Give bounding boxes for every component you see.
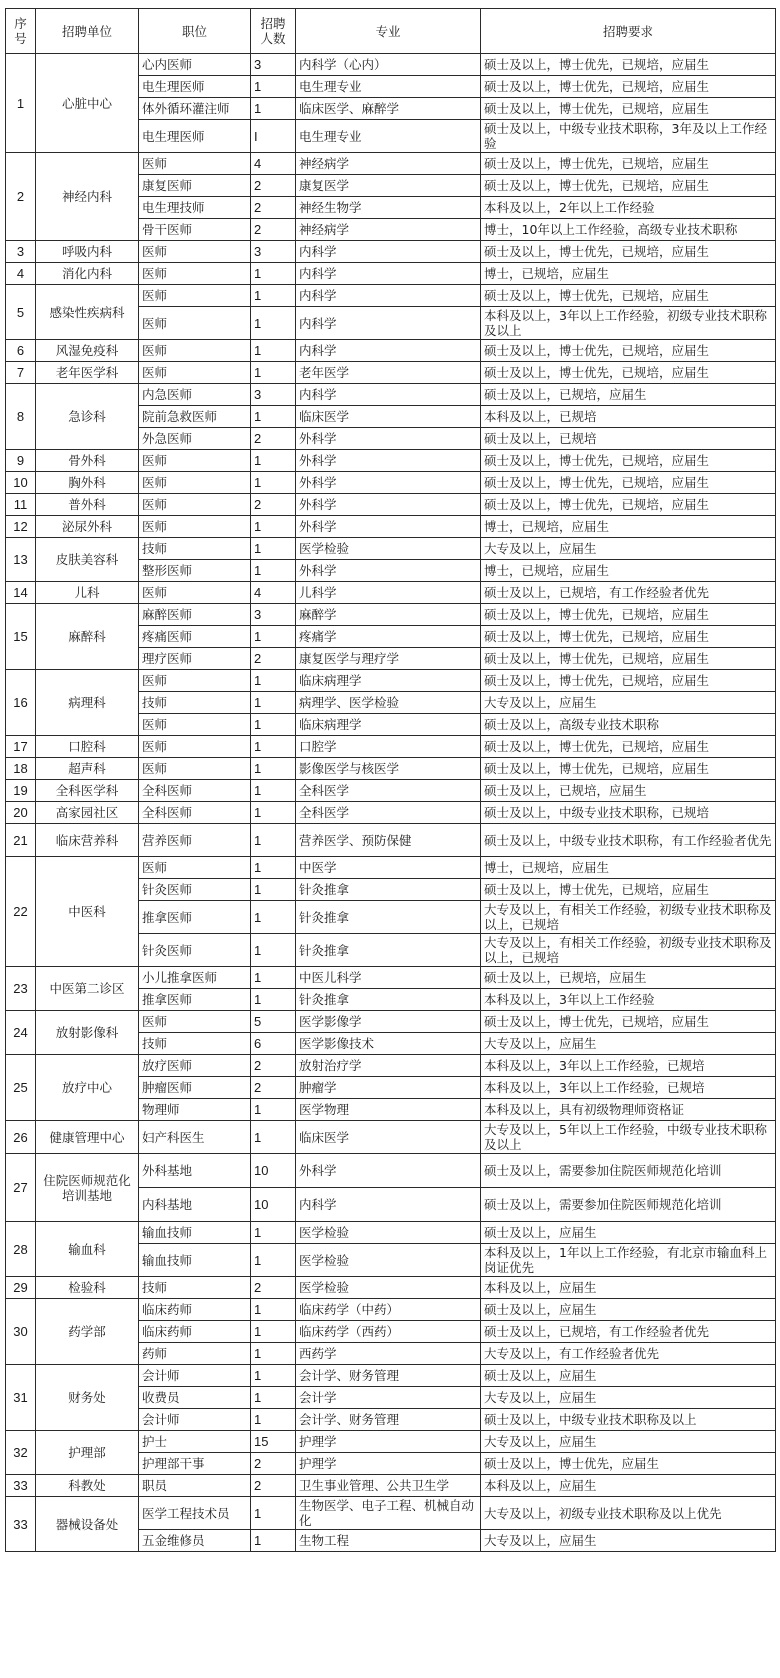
cell-position: 电生理技师 (139, 197, 251, 219)
cell-unit: 中医科 (36, 857, 139, 967)
cell-major: 外科学 (296, 560, 481, 582)
cell-no: 8 (6, 384, 36, 450)
cell-count: 1 (251, 263, 296, 285)
cell-count: 1 (251, 560, 296, 582)
cell-no: 11 (6, 494, 36, 516)
cell-unit: 儿科 (36, 582, 139, 604)
cell-major: 会计学 (296, 1387, 481, 1409)
cell-no: 31 (6, 1365, 36, 1431)
cell-requirement: 硕士及以上，应届生 (481, 1299, 776, 1321)
cell-count: 2 (251, 494, 296, 516)
cell-requirement: 本科及以上，已规培 (481, 406, 776, 428)
cell-count: 1 (251, 901, 296, 934)
table-row: 10胸外科医师1外科学硕士及以上，博士优先，已规培，应届生 (6, 472, 776, 494)
cell-count: 1 (251, 1497, 296, 1530)
cell-count: 2 (251, 1475, 296, 1497)
cell-position: 体外循环灌注师 (139, 98, 251, 120)
cell-unit: 急诊科 (36, 384, 139, 450)
cell-position: 医师 (139, 670, 251, 692)
cell-count: 2 (251, 1077, 296, 1099)
cell-unit: 健康管理中心 (36, 1121, 139, 1154)
table-row: 24放射影像科医师5医学影像学硕士及以上，博士优先，已规培，应届生 (6, 1011, 776, 1033)
cell-requirement: 硕士及以上，博士优先，已规培，应届生 (481, 54, 776, 76)
cell-major: 临床药学（中药） (296, 1299, 481, 1321)
cell-count: 3 (251, 604, 296, 626)
cell-major: 临床医学、麻醉学 (296, 98, 481, 120)
cell-major: 针灸推拿 (296, 934, 481, 967)
table-row: 30药学部临床药师1临床药学（中药）硕士及以上，应届生 (6, 1299, 776, 1321)
cell-requirement: 硕士及以上，高级专业技术职称 (481, 714, 776, 736)
table-row: 19全科医学科全科医师1全科医学硕士及以上，已规培，应届生 (6, 780, 776, 802)
table-row: 6风湿免疫科医师1内科学硕士及以上，博士优先，已规培，应届生 (6, 340, 776, 362)
cell-requirement: 硕士及以上，博士优先，已规培，应届生 (481, 285, 776, 307)
table-row: 12泌尿外科医师1外科学博士，已规培，应届生 (6, 516, 776, 538)
cell-requirement: 大专及以上，应届生 (481, 1530, 776, 1552)
cell-count: 1 (251, 879, 296, 901)
cell-major: 康复医学 (296, 175, 481, 197)
cell-requirement: 大专及以上，应届生 (481, 538, 776, 560)
cell-count: 1 (251, 1099, 296, 1121)
cell-position: 医师 (139, 1011, 251, 1033)
cell-no: 20 (6, 802, 36, 824)
cell-major: 护理学 (296, 1431, 481, 1453)
cell-position: 心内医师 (139, 54, 251, 76)
cell-position: 技师 (139, 538, 251, 560)
header-unit: 招聘单位 (36, 9, 139, 54)
cell-major: 神经病学 (296, 219, 481, 241)
cell-position: 会计师 (139, 1365, 251, 1387)
cell-requirement: 博士，已规培，应届生 (481, 857, 776, 879)
cell-requirement: 硕士及以上，博士优先，已规培，应届生 (481, 736, 776, 758)
cell-position: 护士 (139, 1431, 251, 1453)
cell-position: 针灸医师 (139, 879, 251, 901)
cell-no: 19 (6, 780, 36, 802)
cell-no: 14 (6, 582, 36, 604)
cell-unit: 全科医学科 (36, 780, 139, 802)
cell-no: 21 (6, 824, 36, 857)
cell-major: 针灸推拿 (296, 901, 481, 934)
cell-position: 技师 (139, 1277, 251, 1299)
cell-count: 1 (251, 802, 296, 824)
cell-count: 1 (251, 1530, 296, 1552)
cell-requirement: 硕士及以上，中级专业技术职称，有工作经验者优先 (481, 824, 776, 857)
cell-requirement: 硕士及以上，博士优先，已规培，应届生 (481, 879, 776, 901)
cell-position: 药师 (139, 1343, 251, 1365)
cell-position: 输血技师 (139, 1244, 251, 1277)
cell-unit: 呼吸内科 (36, 241, 139, 263)
cell-count: 6 (251, 1033, 296, 1055)
cell-requirement: 硕士及以上，应届生 (481, 1365, 776, 1387)
cell-requirement: 硕士及以上，博士优先，已规培，应届生 (481, 450, 776, 472)
cell-unit: 住院医师规范化培训基地 (36, 1154, 139, 1222)
cell-requirement: 本科及以上，3年以上工作经验，初级专业技术职称及以上 (481, 307, 776, 340)
header-no: 序号 (6, 9, 36, 54)
cell-count: 1 (251, 1409, 296, 1431)
cell-no: 12 (6, 516, 36, 538)
cell-position: 医师 (139, 857, 251, 879)
cell-requirement: 本科及以上，具有初级物理师资格证 (481, 1099, 776, 1121)
cell-position: 临床药师 (139, 1321, 251, 1343)
cell-unit: 财务处 (36, 1365, 139, 1431)
cell-position: 推拿医师 (139, 901, 251, 934)
cell-count: 1 (251, 758, 296, 780)
cell-requirement: 硕士及以上，已规培，有工作经验者优先 (481, 582, 776, 604)
cell-count: 1 (251, 98, 296, 120)
cell-major: 医学影像技术 (296, 1033, 481, 1055)
cell-major: 麻醉学 (296, 604, 481, 626)
cell-no: 25 (6, 1055, 36, 1121)
cell-count: 1 (251, 362, 296, 384)
cell-requirement: 大专及以上，5年以上工作经验，中级专业技术职称及以上 (481, 1121, 776, 1154)
cell-unit: 骨外科 (36, 450, 139, 472)
cell-count: 2 (251, 1055, 296, 1077)
cell-requirement: 硕士及以上，需要参加住院医师规范化培训 (481, 1188, 776, 1222)
cell-no: 2 (6, 153, 36, 241)
cell-major: 中医学 (296, 857, 481, 879)
cell-count: 1 (251, 450, 296, 472)
cell-requirement: 硕士及以上，已规培，应届生 (481, 384, 776, 406)
cell-unit: 输血科 (36, 1222, 139, 1277)
cell-major: 神经病学 (296, 153, 481, 175)
cell-position: 电生理医师 (139, 76, 251, 98)
cell-major: 内科学 (296, 1188, 481, 1222)
cell-unit: 皮肤美容科 (36, 538, 139, 582)
cell-position: 医师 (139, 340, 251, 362)
cell-no: 7 (6, 362, 36, 384)
cell-position: 营养医师 (139, 824, 251, 857)
cell-no: 13 (6, 538, 36, 582)
cell-no: 17 (6, 736, 36, 758)
cell-no: 28 (6, 1222, 36, 1277)
cell-major: 放射治疗学 (296, 1055, 481, 1077)
cell-major: 会计学、财务管理 (296, 1409, 481, 1431)
cell-count: 3 (251, 54, 296, 76)
cell-position: 医师 (139, 758, 251, 780)
cell-requirement: 本科及以上，2年以上工作经验 (481, 197, 776, 219)
cell-position: 放疗医师 (139, 1055, 251, 1077)
table-row: 28输血科输血技师1医学检验硕士及以上，应届生 (6, 1222, 776, 1244)
cell-major: 内科学 (296, 384, 481, 406)
cell-unit: 病理科 (36, 670, 139, 736)
cell-count: 1 (251, 340, 296, 362)
table-row: 1心脏中心心内医师3内科学（心内）硕士及以上，博士优先，已规培，应届生 (6, 54, 776, 76)
cell-unit: 泌尿外科 (36, 516, 139, 538)
cell-major: 医学影像学 (296, 1011, 481, 1033)
cell-position: 技师 (139, 692, 251, 714)
cell-position: 院前急救医师 (139, 406, 251, 428)
table-row: 4消化内科医师1内科学博士，已规培，应届生 (6, 263, 776, 285)
cell-position: 疼痛医师 (139, 626, 251, 648)
cell-count: 2 (251, 1277, 296, 1299)
cell-major: 口腔学 (296, 736, 481, 758)
cell-requirement: 硕士及以上，博士优先，已规培，应届生 (481, 604, 776, 626)
cell-requirement: 大专及以上，应届生 (481, 1431, 776, 1453)
cell-requirement: 硕士及以上，博士优先，已规培，应届生 (481, 472, 776, 494)
table-row: 9骨外科医师1外科学硕士及以上，博士优先，已规培，应届生 (6, 450, 776, 472)
cell-unit: 中医第二诊区 (36, 967, 139, 1011)
cell-requirement: 硕士及以上，博士优先，已规培，应届生 (481, 494, 776, 516)
cell-position: 物理师 (139, 1099, 251, 1121)
cell-requirement: 硕士及以上，已规培，应届生 (481, 967, 776, 989)
cell-major: 西药学 (296, 1343, 481, 1365)
cell-requirement: 大专及以上，有工作经验者优先 (481, 1343, 776, 1365)
cell-position: 医师 (139, 714, 251, 736)
cell-unit: 口腔科 (36, 736, 139, 758)
header-requirement: 招聘要求 (481, 9, 776, 54)
cell-count: 2 (251, 175, 296, 197)
cell-position: 医师 (139, 285, 251, 307)
cell-count: 1 (251, 780, 296, 802)
cell-major: 外科学 (296, 450, 481, 472)
cell-major: 外科学 (296, 472, 481, 494)
cell-unit: 放射影像科 (36, 1011, 139, 1055)
cell-position: 推拿医师 (139, 989, 251, 1011)
cell-no: 18 (6, 758, 36, 780)
header-position: 职位 (139, 9, 251, 54)
cell-major: 内科学 (296, 263, 481, 285)
cell-major: 护理学 (296, 1453, 481, 1475)
cell-major: 临床病理学 (296, 714, 481, 736)
cell-major: 医学检验 (296, 1222, 481, 1244)
cell-position: 骨干医师 (139, 219, 251, 241)
cell-position: 妇产科医生 (139, 1121, 251, 1154)
cell-position: 临床药师 (139, 1299, 251, 1321)
cell-unit: 护理部 (36, 1431, 139, 1475)
cell-position: 麻醉医师 (139, 604, 251, 626)
cell-no: 4 (6, 263, 36, 285)
cell-major: 全科医学 (296, 802, 481, 824)
cell-count: 4 (251, 153, 296, 175)
cell-major: 影像医学与核医学 (296, 758, 481, 780)
cell-position: 医师 (139, 241, 251, 263)
cell-position: 全科医师 (139, 802, 251, 824)
table-row: 5感染性疾病科医师1内科学硕士及以上，博士优先，已规培，应届生 (6, 285, 776, 307)
cell-no: 6 (6, 340, 36, 362)
table-row: 20高家园社区全科医师1全科医学硕士及以上，中级专业技术职称，已规培 (6, 802, 776, 824)
cell-major: 医学检验 (296, 538, 481, 560)
cell-requirement: 硕士及以上，博士优先，应届生 (481, 1453, 776, 1475)
cell-count: 1 (251, 406, 296, 428)
cell-count: 15 (251, 1431, 296, 1453)
cell-position: 医师 (139, 362, 251, 384)
cell-count: 1 (251, 307, 296, 340)
cell-major: 医学检验 (296, 1244, 481, 1277)
cell-unit: 高家园社区 (36, 802, 139, 824)
cell-position: 护理部干事 (139, 1453, 251, 1475)
cell-unit: 普外科 (36, 494, 139, 516)
cell-position: 职员 (139, 1475, 251, 1497)
cell-major: 外科学 (296, 428, 481, 450)
cell-no: 1 (6, 54, 36, 153)
table-row: 14儿科医师4儿科学硕士及以上，已规培，有工作经验者优先 (6, 582, 776, 604)
cell-major: 会计学、财务管理 (296, 1365, 481, 1387)
cell-count: 1 (251, 934, 296, 967)
cell-requirement: 硕士及以上，中级专业技术职称，已规培 (481, 802, 776, 824)
table-header: 序号 招聘单位 职位 招聘 人数 专业 招聘要求 (6, 9, 776, 54)
cell-count: 1 (251, 736, 296, 758)
cell-requirement: 硕士及以上，博士优先，已规培，应届生 (481, 340, 776, 362)
cell-major: 康复医学与理疗学 (296, 648, 481, 670)
cell-requirement: 硕士及以上，已规培，有工作经验者优先 (481, 1321, 776, 1343)
table-row: 33器械设备处医学工程技术员1生物医学、电子工程、机械自动化大专及以上，初级专业… (6, 1497, 776, 1530)
cell-count: 1 (251, 516, 296, 538)
cell-unit: 神经内科 (36, 153, 139, 241)
cell-count: 2 (251, 219, 296, 241)
header-count: 招聘 人数 (251, 9, 296, 54)
cell-no: 23 (6, 967, 36, 1011)
cell-major: 生物医学、电子工程、机械自动化 (296, 1497, 481, 1530)
cell-no: 30 (6, 1299, 36, 1365)
cell-major: 生物工程 (296, 1530, 481, 1552)
cell-count: 4 (251, 582, 296, 604)
cell-requirement: 大专及以上，应届生 (481, 692, 776, 714)
cell-count: 10 (251, 1154, 296, 1188)
cell-major: 营养医学、预防保健 (296, 824, 481, 857)
table-row: 33科教处职员2卫生事业管理、公共卫生学本科及以上，应届生 (6, 1475, 776, 1497)
cell-count: 1 (251, 670, 296, 692)
cell-unit: 风湿免疫科 (36, 340, 139, 362)
cell-requirement: 大专及以上，有相关工作经验，初级专业技术职称及以上，已规培 (481, 934, 776, 967)
cell-major: 内科学 (296, 285, 481, 307)
table-row: 13皮肤美容科技师1医学检验大专及以上，应届生 (6, 538, 776, 560)
cell-count: 1 (251, 1222, 296, 1244)
table-row: 21临床营养科营养医师1营养医学、预防保健硕士及以上，中级专业技术职称，有工作经… (6, 824, 776, 857)
cell-major: 临床药学（西药） (296, 1321, 481, 1343)
cell-no: 10 (6, 472, 36, 494)
cell-requirement: 硕士及以上，中级专业技术职称，3年及以上工作经验 (481, 120, 776, 153)
cell-position: 会计师 (139, 1409, 251, 1431)
cell-count: 1 (251, 626, 296, 648)
cell-major: 卫生事业管理、公共卫生学 (296, 1475, 481, 1497)
cell-unit: 器械设备处 (36, 1497, 139, 1552)
table-row: 16病理科医师1临床病理学硕士及以上，博士优先，已规培，应届生 (6, 670, 776, 692)
table-row: 8急诊科内急医师3内科学硕士及以上，已规培，应届生 (6, 384, 776, 406)
cell-major: 全科医学 (296, 780, 481, 802)
cell-position: 整形医师 (139, 560, 251, 582)
cell-requirement: 大专及以上，初级专业技术职称及以上优先 (481, 1497, 776, 1530)
cell-no: 22 (6, 857, 36, 967)
cell-count: 1 (251, 857, 296, 879)
cell-unit: 胸外科 (36, 472, 139, 494)
recruitment-table-container: 序号 招聘单位 职位 招聘 人数 专业 招聘要求 1心脏中心心内医师3内科学（心… (5, 8, 776, 1552)
cell-requirement: 硕士及以上，博士优先，已规培，应届生 (481, 1011, 776, 1033)
cell-no: 27 (6, 1154, 36, 1222)
cell-no: 33 (6, 1497, 36, 1552)
table-row: 27住院医师规范化培训基地外科基地10外科学硕士及以上，需要参加住院医师规范化培… (6, 1154, 776, 1188)
cell-count: 1 (251, 967, 296, 989)
cell-requirement: 硕士及以上，博士优先，已规培，应届生 (481, 758, 776, 780)
cell-count: I (251, 120, 296, 153)
table-row: 29检验科技师2医学检验本科及以上，应届生 (6, 1277, 776, 1299)
cell-unit: 超声科 (36, 758, 139, 780)
cell-requirement: 硕士及以上，博士优先，已规培，应届生 (481, 670, 776, 692)
cell-no: 9 (6, 450, 36, 472)
cell-count: 1 (251, 76, 296, 98)
cell-position: 医学工程技术员 (139, 1497, 251, 1530)
cell-position: 医师 (139, 450, 251, 472)
cell-position: 五金维修员 (139, 1530, 251, 1552)
cell-position: 康复医师 (139, 175, 251, 197)
cell-requirement: 大专及以上，应届生 (481, 1387, 776, 1409)
cell-requirement: 硕士及以上，需要参加住院医师规范化培训 (481, 1154, 776, 1188)
cell-no: 16 (6, 670, 36, 736)
cell-requirement: 博士，10年以上工作经验，高级专业技术职称 (481, 219, 776, 241)
cell-requirement: 本科及以上，应届生 (481, 1277, 776, 1299)
cell-count: 1 (251, 1299, 296, 1321)
cell-requirement: 本科及以上，1年以上工作经验，有北京市输血科上岗证优先 (481, 1244, 776, 1277)
cell-requirement: 博士，已规培，应届生 (481, 516, 776, 538)
cell-requirement: 博士，已规培，应届生 (481, 263, 776, 285)
cell-count: 1 (251, 285, 296, 307)
cell-unit: 药学部 (36, 1299, 139, 1365)
cell-unit: 麻醉科 (36, 604, 139, 670)
cell-major: 病理学、医学检验 (296, 692, 481, 714)
cell-count: 2 (251, 428, 296, 450)
cell-count: 1 (251, 1365, 296, 1387)
cell-major: 临床病理学 (296, 670, 481, 692)
cell-major: 内科学（心内） (296, 54, 481, 76)
cell-unit: 科教处 (36, 1475, 139, 1497)
table-row: 2神经内科医师4神经病学硕士及以上，博士优先，已规培，应届生 (6, 153, 776, 175)
cell-no: 3 (6, 241, 36, 263)
cell-major: 老年医学 (296, 362, 481, 384)
cell-count: 1 (251, 1387, 296, 1409)
cell-unit: 检验科 (36, 1277, 139, 1299)
cell-major: 神经生物学 (296, 197, 481, 219)
cell-position: 医师 (139, 263, 251, 285)
cell-requirement: 大专及以上，有相关工作经验，初级专业技术职称及以上，已规培 (481, 901, 776, 934)
cell-position: 医师 (139, 153, 251, 175)
cell-count: 1 (251, 472, 296, 494)
cell-requirement: 硕士及以上，博士优先，已规培，应届生 (481, 362, 776, 384)
cell-count: 2 (251, 197, 296, 219)
cell-requirement: 硕士及以上，博士优先，已规培，应届生 (481, 648, 776, 670)
cell-major: 电生理专业 (296, 120, 481, 153)
cell-major: 外科学 (296, 1154, 481, 1188)
table-row: 23中医第二诊区小儿推拿医师1中医儿科学硕士及以上，已规培，应届生 (6, 967, 776, 989)
cell-requirement: 硕士及以上，博士优先，已规培，应届生 (481, 76, 776, 98)
cell-unit: 临床营养科 (36, 824, 139, 857)
cell-position: 理疗医师 (139, 648, 251, 670)
cell-count: 1 (251, 714, 296, 736)
table-row: 17口腔科医师1口腔学硕士及以上，博士优先，已规培，应届生 (6, 736, 776, 758)
cell-position: 医师 (139, 494, 251, 516)
cell-count: 3 (251, 241, 296, 263)
cell-major: 内科学 (296, 241, 481, 263)
cell-position: 肿瘤医师 (139, 1077, 251, 1099)
cell-requirement: 大专及以上，应届生 (481, 1033, 776, 1055)
cell-major: 电生理专业 (296, 76, 481, 98)
cell-count: 3 (251, 384, 296, 406)
cell-requirement: 本科及以上，3年以上工作经验，已规培 (481, 1055, 776, 1077)
table-row: 25放疗中心放疗医师2放射治疗学本科及以上，3年以上工作经验，已规培 (6, 1055, 776, 1077)
cell-count: 5 (251, 1011, 296, 1033)
cell-unit: 心脏中心 (36, 54, 139, 153)
cell-requirement: 硕士及以上，博士优先，已规培，应届生 (481, 241, 776, 263)
cell-major: 内科学 (296, 307, 481, 340)
cell-count: 2 (251, 1453, 296, 1475)
cell-count: 1 (251, 692, 296, 714)
cell-requirement: 硕士及以上，已规培，应届生 (481, 780, 776, 802)
table-row: 15麻醉科麻醉医师3麻醉学硕士及以上，博士优先，已规培，应届生 (6, 604, 776, 626)
table-row: 18超声科医师1影像医学与核医学硕士及以上，博士优先，已规培，应届生 (6, 758, 776, 780)
cell-no: 32 (6, 1431, 36, 1475)
cell-major: 临床医学 (296, 1121, 481, 1154)
cell-position: 医师 (139, 736, 251, 758)
cell-count: 1 (251, 1244, 296, 1277)
table-row: 31财务处会计师1会计学、财务管理硕士及以上，应届生 (6, 1365, 776, 1387)
cell-position: 外急医师 (139, 428, 251, 450)
